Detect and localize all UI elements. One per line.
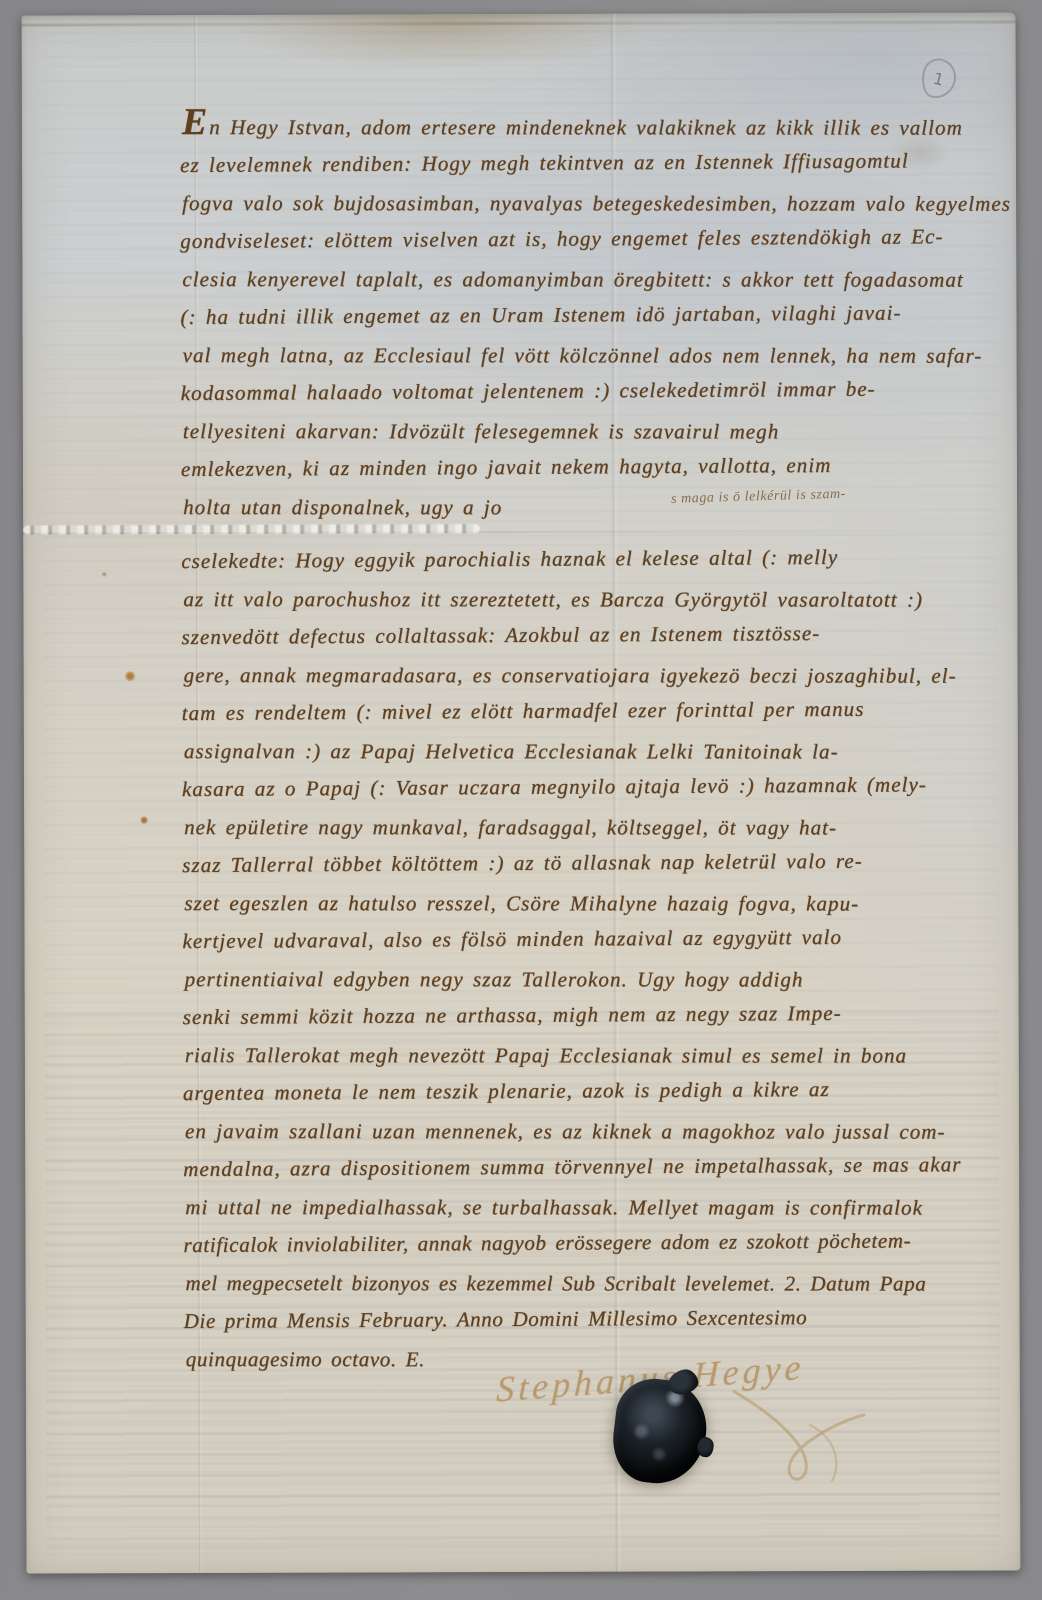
manuscript-line: En Hegy Istvan, adom ertesere mindenekne… <box>182 103 988 147</box>
signature-flourish <box>714 1385 874 1496</box>
manuscript-line: szaz Tallerral többet költöttem :) az tö… <box>182 841 988 884</box>
manuscript-line: mendalna, azra dispositionem summa törve… <box>183 1145 989 1188</box>
manuscript-line: holta utan disponalnek, ugy a jo <box>183 488 989 527</box>
manuscript-line: kertjevel udvaraval, also es fölsö minde… <box>182 917 988 960</box>
manuscript-page: 1 En Hegy Istvan, adom ertesere mindenek… <box>22 12 1021 1573</box>
manuscript-line: ratificalok inviolabiliter, annak nagyob… <box>183 1221 989 1264</box>
manuscript-line: emlekezven, ki az minden ingo javait nek… <box>181 445 987 488</box>
manuscript-line: szenvedött defectus collaltassak: Azokbu… <box>181 613 987 656</box>
top-edge-fold-line <box>22 20 1016 26</box>
manuscript-line: senki semmi közit hozza ne arthassa, mig… <box>183 993 989 1036</box>
manuscript-line: cselekedte: Hogy eggyik parochialis hazn… <box>181 537 987 580</box>
manuscript-line: argentea moneta le nem teszik plenarie, … <box>183 1069 989 1112</box>
manuscript-line: Die prima Mensis February. Anno Domini M… <box>184 1297 990 1340</box>
foxing-stain <box>140 816 148 824</box>
manuscript-line: (: ha tudni illik engemet az en Uram Ist… <box>180 293 986 336</box>
folio-number: 1 <box>932 68 946 89</box>
foxing-stain <box>125 671 136 681</box>
photo-background: 1 En Hegy Istvan, adom ertesere mindenek… <box>0 0 1042 1600</box>
manuscript-line: kasara az o Papaj (: Vasar uczara megnyi… <box>182 765 988 808</box>
manuscript-line: tam es rendeltem (: mivel ez elött harma… <box>182 689 988 732</box>
manuscript-text: En Hegy Istvan, adom ertesere mindenekne… <box>180 101 990 1379</box>
manuscript-line: kodasommal halaado voltomat jelentenem :… <box>181 369 987 412</box>
manuscript-line: gondviseleset: elöttem viselven azt is, … <box>180 217 986 260</box>
manuscript-line: ez levelemnek rendiben: Hogy megh tekint… <box>180 141 986 184</box>
foxing-stain <box>101 571 107 577</box>
